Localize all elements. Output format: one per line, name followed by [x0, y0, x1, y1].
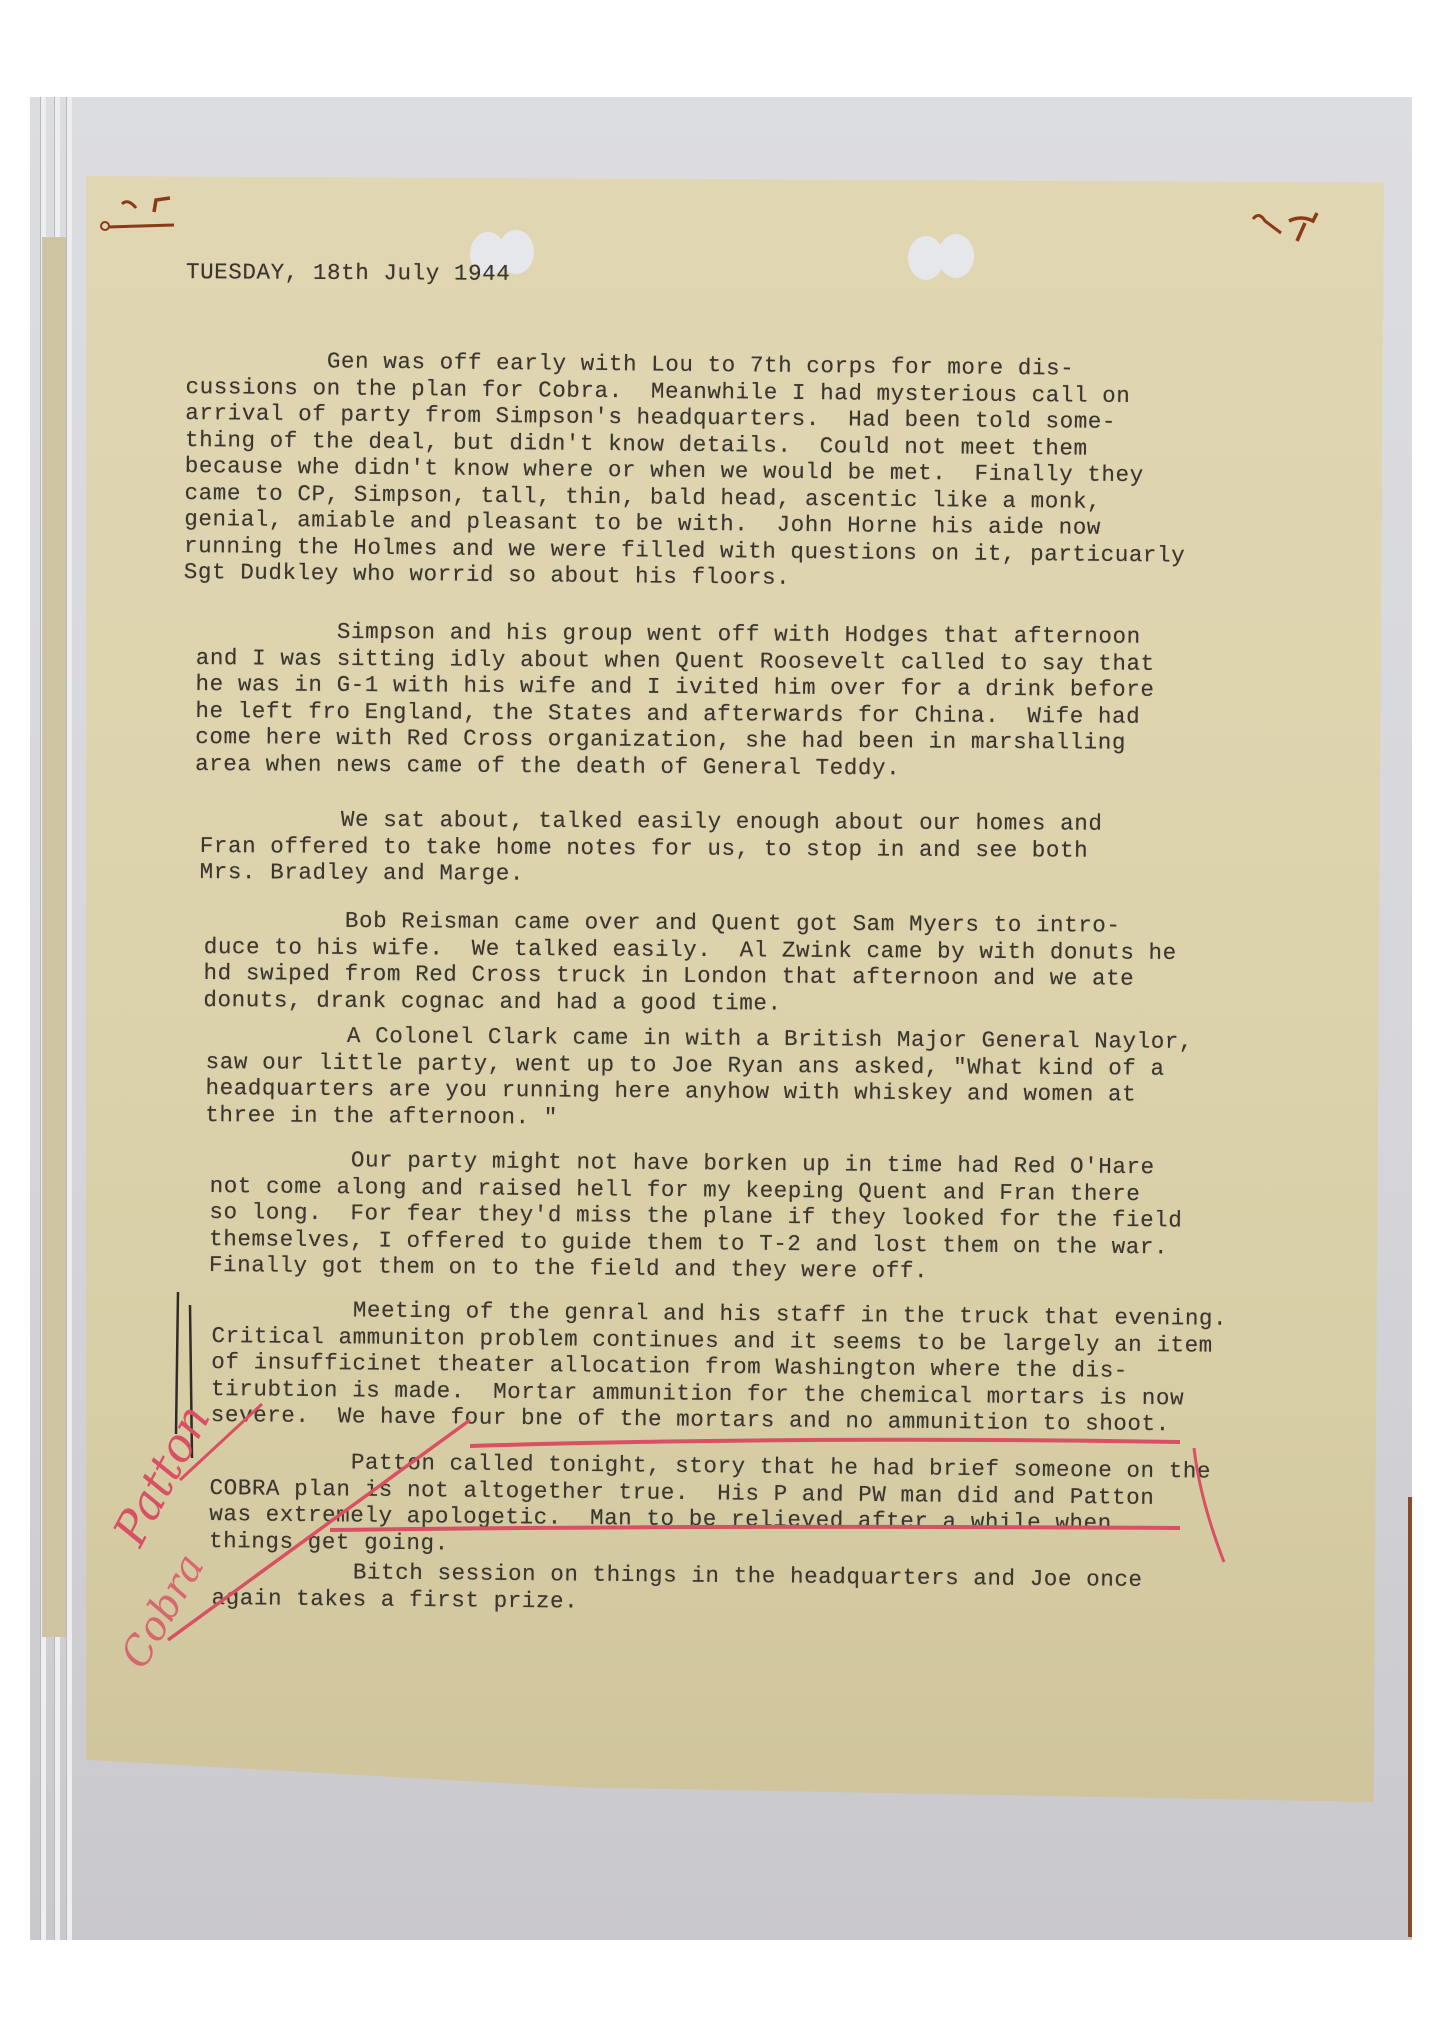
paragraph-3: We sat about, talked easily enough about… [200, 806, 1103, 890]
paragraph-8: Patton called tonight, story that he had… [209, 1448, 1211, 1564]
page-stack-edge [66, 97, 72, 1940]
underlying-sheet-edge [42, 237, 66, 1637]
paragraph-5: A Colonel Clark came in with a British M… [205, 1022, 1193, 1135]
corner-initials-right-icon [1245, 205, 1335, 250]
paragraph-1: Gen was off early with Lou to 7th corps … [184, 347, 1188, 595]
punch-hole [938, 234, 974, 278]
paragraph-4: Bob Reisman came over and Quent got Sam … [203, 907, 1177, 1019]
binder-rim [1408, 1497, 1412, 1937]
corner-initials-left-icon [96, 190, 196, 240]
paragraph-2: Simpson and his group went off with Hodg… [195, 618, 1155, 783]
paragraph-7: Meeting of the genral and his staff in t… [211, 1296, 1228, 1438]
date-heading: TUESDAY, 18th July 1944 [186, 259, 510, 287]
paragraph-9: Bitch session on things in the headquart… [211, 1558, 1142, 1620]
paragraph-6: Our party might not have borken up in ti… [209, 1146, 1183, 1287]
